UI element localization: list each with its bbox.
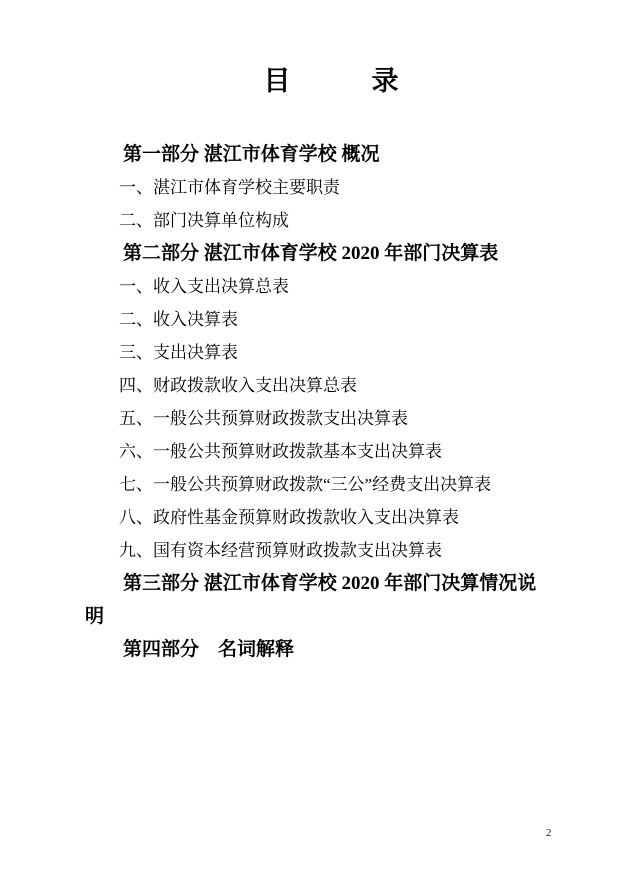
toc-item: 六、一般公共预算财政拨款基本支出决算表 <box>85 435 549 468</box>
toc-item: 一、湛江市体育学校主要职责 <box>85 171 549 204</box>
toc-heading-part2: 第二部分 湛江市体育学校 2020 年部门决算表 <box>85 237 549 270</box>
toc-item: 二、收入决算表 <box>85 303 549 336</box>
toc-item: 九、国有资本经营预算财政拨款支出决算表 <box>85 534 549 567</box>
toc-item: 一、收入支出决算总表 <box>85 270 549 303</box>
toc-item: 三、支出决算表 <box>85 336 549 369</box>
toc-heading-part4: 第四部分 名词解释 <box>85 633 549 666</box>
page-number: 2 <box>546 826 552 840</box>
toc-item: 二、部门决算单位构成 <box>85 204 549 237</box>
toc-item: 五、一般公共预算财政拨款支出决算表 <box>85 402 549 435</box>
document-page: 目 录 第一部分 湛江市体育学校 概况 一、湛江市体育学校主要职责 二、部门决算… <box>0 0 634 894</box>
toc-heading-part1: 第一部分 湛江市体育学校 概况 <box>85 138 549 171</box>
toc-heading-part3: 第三部分 湛江市体育学校 2020 年部门决算情况说明 <box>85 567 549 633</box>
document-title: 目 录 <box>85 65 549 98</box>
toc-item: 四、财政拨款收入支出决算总表 <box>85 369 549 402</box>
toc-item: 七、一般公共预算财政拨款“三公”经费支出决算表 <box>85 468 549 501</box>
toc-item: 八、政府性基金预算财政拨款收入支出决算表 <box>85 501 549 534</box>
toc-content: 目 录 第一部分 湛江市体育学校 概况 一、湛江市体育学校主要职责 二、部门决算… <box>85 65 549 666</box>
